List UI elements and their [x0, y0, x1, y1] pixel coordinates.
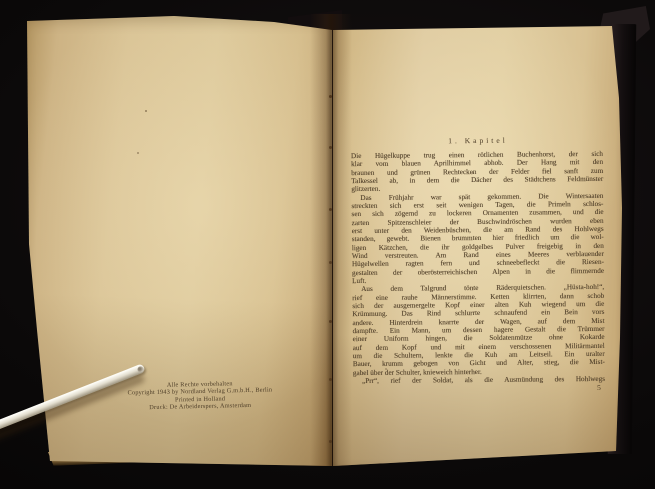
paper-specks	[145, 110, 147, 112]
imprint-block: Alle Rechte vorbehaltenCopyright 1943 by…	[116, 379, 285, 412]
body-text-block: Die Hügelkuppe trug einen rötlichen Buch…	[351, 150, 605, 385]
stick-tip	[136, 365, 144, 373]
page-number: 5	[592, 383, 606, 392]
binding-stitch-dots	[329, 95, 332, 98]
book-gutter-shadow	[310, 14, 352, 466]
book-photo-scene: Alle Rechte vorbehaltenCopyright 1943 by…	[0, 0, 655, 489]
